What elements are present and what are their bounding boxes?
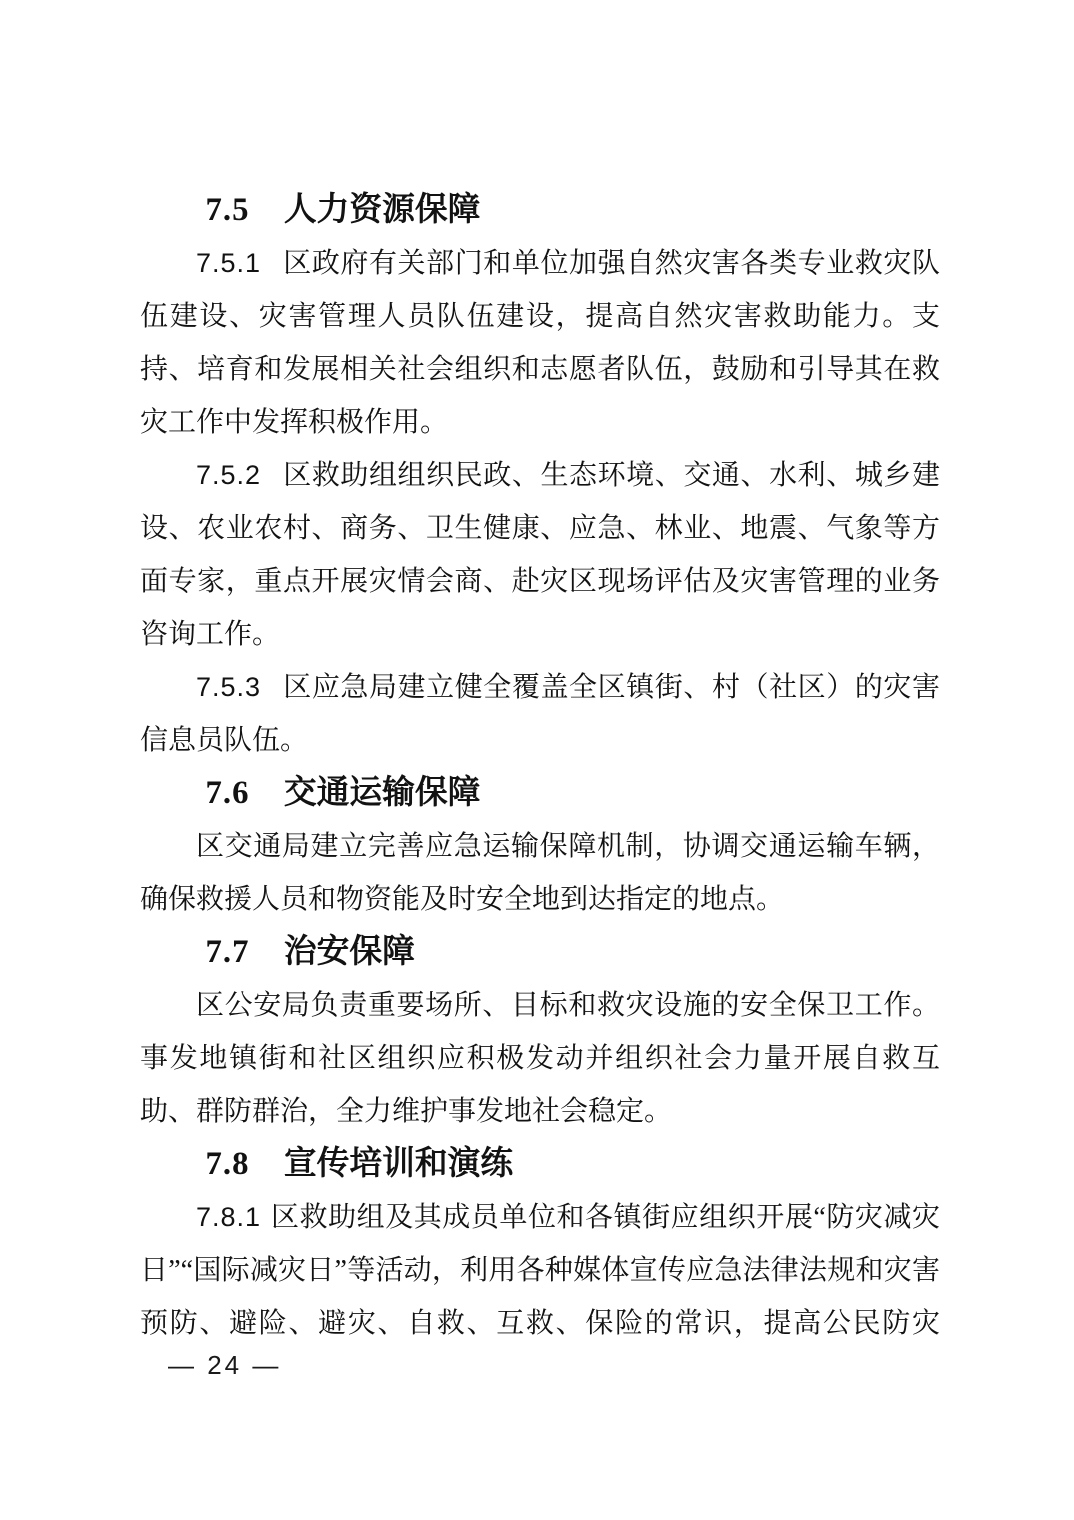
paragraph-7-5-1: 7.5.1区政府有关部门和单位加强自然灾害各类专业救灾队伍建设、灾害管理人员队伍… [140,237,940,449]
paragraph-7-5-3: 7.5.3区应急局建立健全覆盖全区镇街、村（社区）的灾害信息员队伍。 [140,661,940,767]
section-number: 7.7 [206,934,250,970]
document-page: 7.5人力资源保障 7.5.1区政府有关部门和单位加强自然灾害各类专业救灾队伍建… [0,0,1074,1520]
paragraph-number: 7.5.1 [196,248,261,278]
paragraph-7-8-1: 7.8.1区救助组及其成员单位和各镇街应组织开展“防灾减灾日”“国际减灾日”等活… [140,1191,940,1350]
section-title: 交通运输保障 [284,775,481,811]
section-number: 7.8 [206,1146,250,1182]
paragraph-7-6-body: 区交通局建立完善应急运输保障机制，协调交通运输车辆，确保救援人员和物资能及时安全… [140,820,940,926]
section-heading-7-6: 7.6交通运输保障 [140,767,940,820]
paragraph-7-7-body: 区公安局负责重要场所、目标和救灾设施的安全保卫工作。事发地镇街和社区组织应积极发… [140,979,940,1138]
section-heading-7-7: 7.7治安保障 [140,926,940,979]
section-heading-7-8: 7.8宣传培训和演练 [140,1138,940,1191]
section-title: 宣传培训和演练 [284,1146,513,1182]
document-body: 7.5人力资源保障 7.5.1区政府有关部门和单位加强自然灾害各类专业救灾队伍建… [140,184,940,1350]
paragraph-7-5-2: 7.5.2区救助组组织民政、生态环境、交通、水利、城乡建设、农业农村、商务、卫生… [140,449,940,661]
section-title: 治安保障 [284,934,415,970]
section-heading-7-5: 7.5人力资源保障 [140,184,940,237]
paragraph-number: 7.8.1 [196,1202,261,1232]
paragraph-number: 7.5.3 [196,672,261,702]
section-number: 7.5 [206,192,250,228]
section-title: 人力资源保障 [284,192,481,228]
page-footer: — 24 — [168,1350,281,1381]
section-number: 7.6 [206,775,250,811]
paragraph-number: 7.5.2 [196,460,261,490]
paragraph-text: 区公安局负责重要场所、目标和救灾设施的安全保卫工作。事发地镇街和社区组织应积极发… [140,990,940,1127]
paragraph-text: 区交通局建立完善应急运输保障机制，协调交通运输车辆，确保救援人员和物资能及时安全… [140,831,940,915]
page-number: — 24 — [168,1350,281,1380]
